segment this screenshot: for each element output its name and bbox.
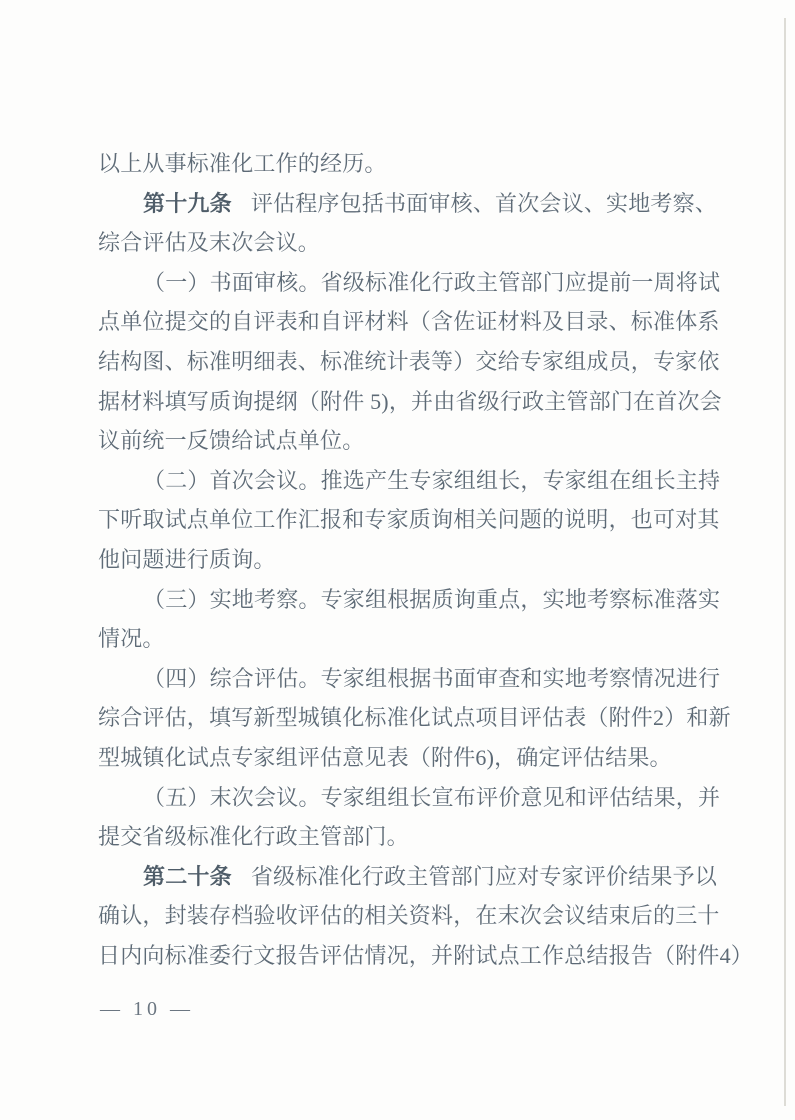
text-line: 据材料填写质询提纲（附件 5)，并由省级行政主管部门在首次会 — [98, 382, 723, 422]
document-body: 以上从事标准化工作的经历。 第十九条评估程序包括书面审核、首次会议、实地考察、 … — [98, 144, 723, 975]
page-number: — 10 — — [100, 998, 194, 1021]
article-19-line: 第十九条评估程序包括书面审核、首次会议、实地考察、 — [98, 184, 723, 224]
text-line: 议前统一反馈给试点单位。 — [98, 421, 723, 461]
scan-edge-line — [784, 18, 786, 1106]
text-line: 点单位提交的自评表和自评材料（含佐证材料及目录、标准体系 — [98, 302, 723, 342]
article-19-text: 评估程序包括书面审核、首次会议、实地考察、 — [251, 191, 717, 216]
text-line: 他问题进行质询。 — [98, 540, 723, 580]
article-20-heading: 第二十条 — [143, 864, 232, 889]
text-line: 综合评估，填写新型城镇化标准化试点项目评估表（附件2）和新 — [98, 698, 723, 738]
clause-3-line: （三）实地考察。专家组根据质询重点，实地考察标准落实 — [98, 580, 723, 620]
text-line: 以上从事标准化工作的经历。 — [98, 144, 723, 184]
clause-5-line: （五）末次会议。专家组组长宣布评价意见和评估结果，并 — [98, 778, 723, 818]
text-line: 确认，封装存档验收评估的相关资料，在末次会议结束后的三十 — [98, 896, 723, 936]
text-line: 提交省级标准化行政主管部门。 — [98, 817, 723, 857]
article-20-text: 省级标准化行政主管部门应对专家评价结果予以 — [251, 864, 717, 889]
text-line: 日内向标准委行文报告评估情况，并附试点工作总结报告（附件4） — [98, 936, 723, 976]
text-line: 情况。 — [98, 619, 723, 659]
clause-4-line: （四）综合评估。专家组根据书面审查和实地考察情况进行 — [98, 659, 723, 699]
text-line: 结构图、标准明细表、标准统计表等）交给专家组成员，专家依 — [98, 342, 723, 382]
clause-2-line: （二）首次会议。推选产生专家组组长，专家组在组长主持 — [98, 461, 723, 501]
text-line: 下听取试点单位工作汇报和专家质询相关问题的说明，也可对其 — [98, 500, 723, 540]
text-line: 型城镇化试点专家组评估意见表（附件6)，确定评估结果。 — [98, 738, 723, 778]
clause-1-line: （一）书面审核。省级标准化行政主管部门应提前一周将试 — [98, 263, 723, 303]
article-19-heading: 第十九条 — [143, 191, 232, 216]
document-page: 以上从事标准化工作的经历。 第十九条评估程序包括书面审核、首次会议、实地考察、 … — [0, 0, 795, 1120]
text-line: 综合评估及末次会议。 — [98, 223, 723, 263]
article-20-line: 第二十条省级标准化行政主管部门应对专家评价结果予以 — [98, 857, 723, 897]
